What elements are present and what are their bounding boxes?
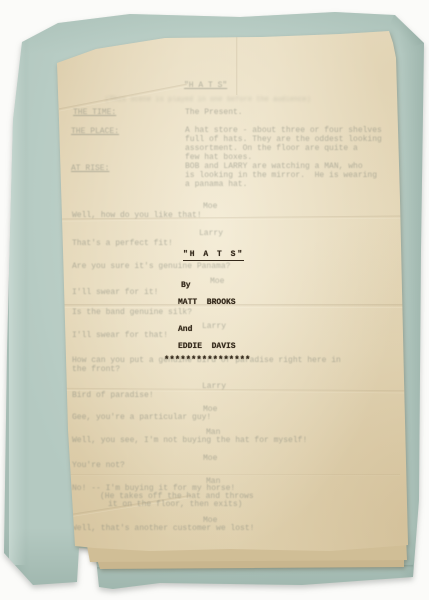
ghost-line: Larry	[199, 229, 223, 238]
ghost-line: Well, that's another customer we lost!	[72, 524, 254, 533]
ghost-line: Are you sure it's genuine Panama?	[72, 262, 230, 271]
asterisk-divider: ****************	[164, 356, 250, 365]
ghost-line: assortment. On the floor are quite a	[185, 144, 358, 153]
and-label: And	[178, 325, 192, 334]
page-stack: "H A T S"(This scene is played in one be…	[0, 0, 429, 600]
ghost-line: BOB and LARRY are watching a MAN, who	[185, 162, 363, 171]
ghost-line: I'll swear for that!	[72, 331, 168, 340]
ghost-line: Moe	[203, 202, 217, 211]
script-title: "H A T S"	[183, 250, 244, 261]
ghost-line: Bird of paradise!	[72, 391, 154, 400]
ghost-line: Moe	[210, 277, 224, 286]
ghost-line: it on the floor, then exits)	[108, 500, 242, 509]
author-eddie-davis: EDDIE DAVIS	[178, 342, 236, 351]
paper-crease	[236, 33, 238, 95]
ghost-line: The Present.	[185, 108, 243, 117]
ghost-line: full of hats. They are the oddest lookin…	[185, 135, 382, 144]
ghost-line: "H A T S"	[184, 81, 227, 90]
ghost-line: That's a perfect fit!	[72, 239, 173, 248]
ghost-line: a panama hat.	[185, 180, 247, 189]
ghost-line: is looking in the mirror. He is wearing	[185, 171, 377, 180]
ghost-line: Larry	[202, 322, 226, 331]
paper-crease	[60, 474, 400, 476]
ghost-line: the front?	[72, 365, 120, 374]
ghost-line: THE TIME:	[73, 108, 116, 117]
script-page: "H A T S"(This scene is played in one be…	[0, 0, 429, 600]
ghost-line: You're not?	[72, 461, 125, 470]
ghost-line: Larry	[202, 382, 226, 391]
ghost-line: Is the band genuine silk?	[72, 308, 192, 317]
ghost-line: Well, you see, I'm not buying the hat fo…	[72, 436, 307, 445]
ghost-line: Moe	[203, 454, 217, 463]
ghost-line: Gee, you're a particular guy!	[72, 413, 211, 422]
ghost-line: few hat boxes.	[185, 153, 252, 162]
ghost-line: AT RISE:	[71, 164, 109, 173]
ghost-line: Well, how do you like that!	[72, 211, 202, 220]
ghost-line: A hat store - about three or four shelve…	[185, 126, 382, 135]
ghost-line: THE PLACE:	[71, 127, 119, 136]
ghost-line: I'll swear for it!	[72, 288, 158, 297]
ghost-line: (This scene is played in one before the …	[105, 96, 311, 105]
photo-background: "H A T S"(This scene is played in one be…	[0, 0, 429, 600]
by-label: By	[181, 281, 191, 290]
author-matt-brooks: MATT BROOKS	[178, 298, 236, 307]
